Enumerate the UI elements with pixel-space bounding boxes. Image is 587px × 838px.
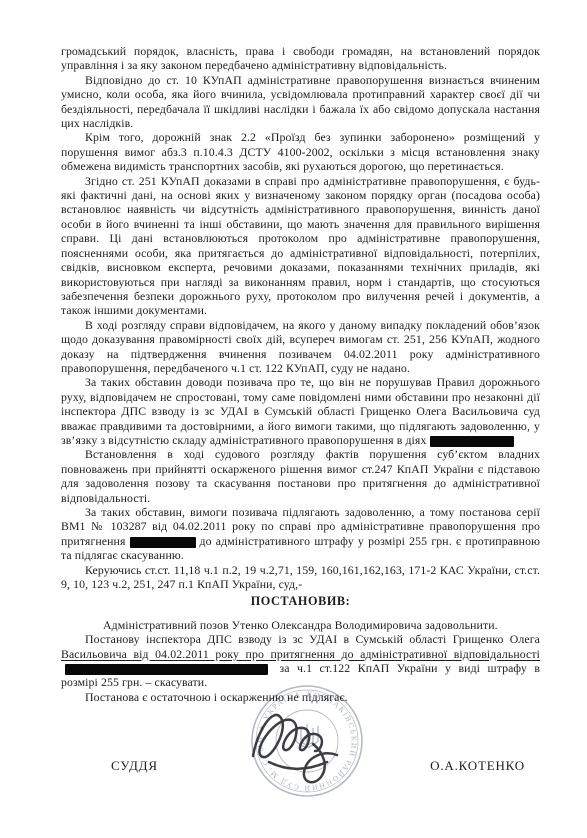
paragraph-claims-justified: За таких обставин доводи позивача про те… [61,375,540,447]
paragraph-no-proof: В ході розгляду справи відповідачем, на … [61,318,540,376]
paragraph-legal-basis: Керуючись ст.ст. 11,18 ч.1 п.2, 19 ч.2,7… [61,563,540,592]
paragraph-article-10: Відповідно до ст. 10 КУпАП адміністратив… [61,73,540,131]
signature-row: СУДДЯ О.А.КОТЕНКО [61,758,533,774]
redaction-box [65,664,268,675]
redaction-box [430,436,514,447]
paragraph-article-247: Встановлення в ході судового розгляду фа… [61,447,540,505]
underlined-text: Васильовича від 04.02.2011 року про прит… [61,647,540,661]
judge-name: О.А.КОТЕНКО [430,758,525,774]
paragraph-carryover: громадський порядок, власність, права і … [61,44,540,73]
judge-signature-icon [243,694,363,792]
paragraph-text: Постанову інспектора ДПС взводу із зс УД… [85,632,540,646]
paragraph-claim-satisfied: Адміністративний позов Утенко Олександра… [61,618,540,632]
document-body: громадський порядок, власність, права і … [61,44,540,704]
paragraph-road-sign: Крім того, дорожній знак 2.2 «Проїзд без… [61,130,540,173]
redaction-box [130,537,196,548]
paragraph-ruling-unlawful: За таких обставин, вимоги позивача підля… [61,505,540,563]
scanned-court-decision-page: КОВПАКІВСЬКИЙ РАЙОННИЙ СУД М. СУМИ ★ УКР… [0,0,587,838]
paragraph-ruling-cancelled: Постанову інспектора ДПС взводу із зс УД… [61,632,540,690]
resolution-heading: ПОСТАНОВИВ: [61,594,540,608]
paragraph-article-251: Згідно ст. 251 КУпАП доказами в справі п… [61,174,540,318]
judge-label: СУДДЯ [111,758,158,774]
